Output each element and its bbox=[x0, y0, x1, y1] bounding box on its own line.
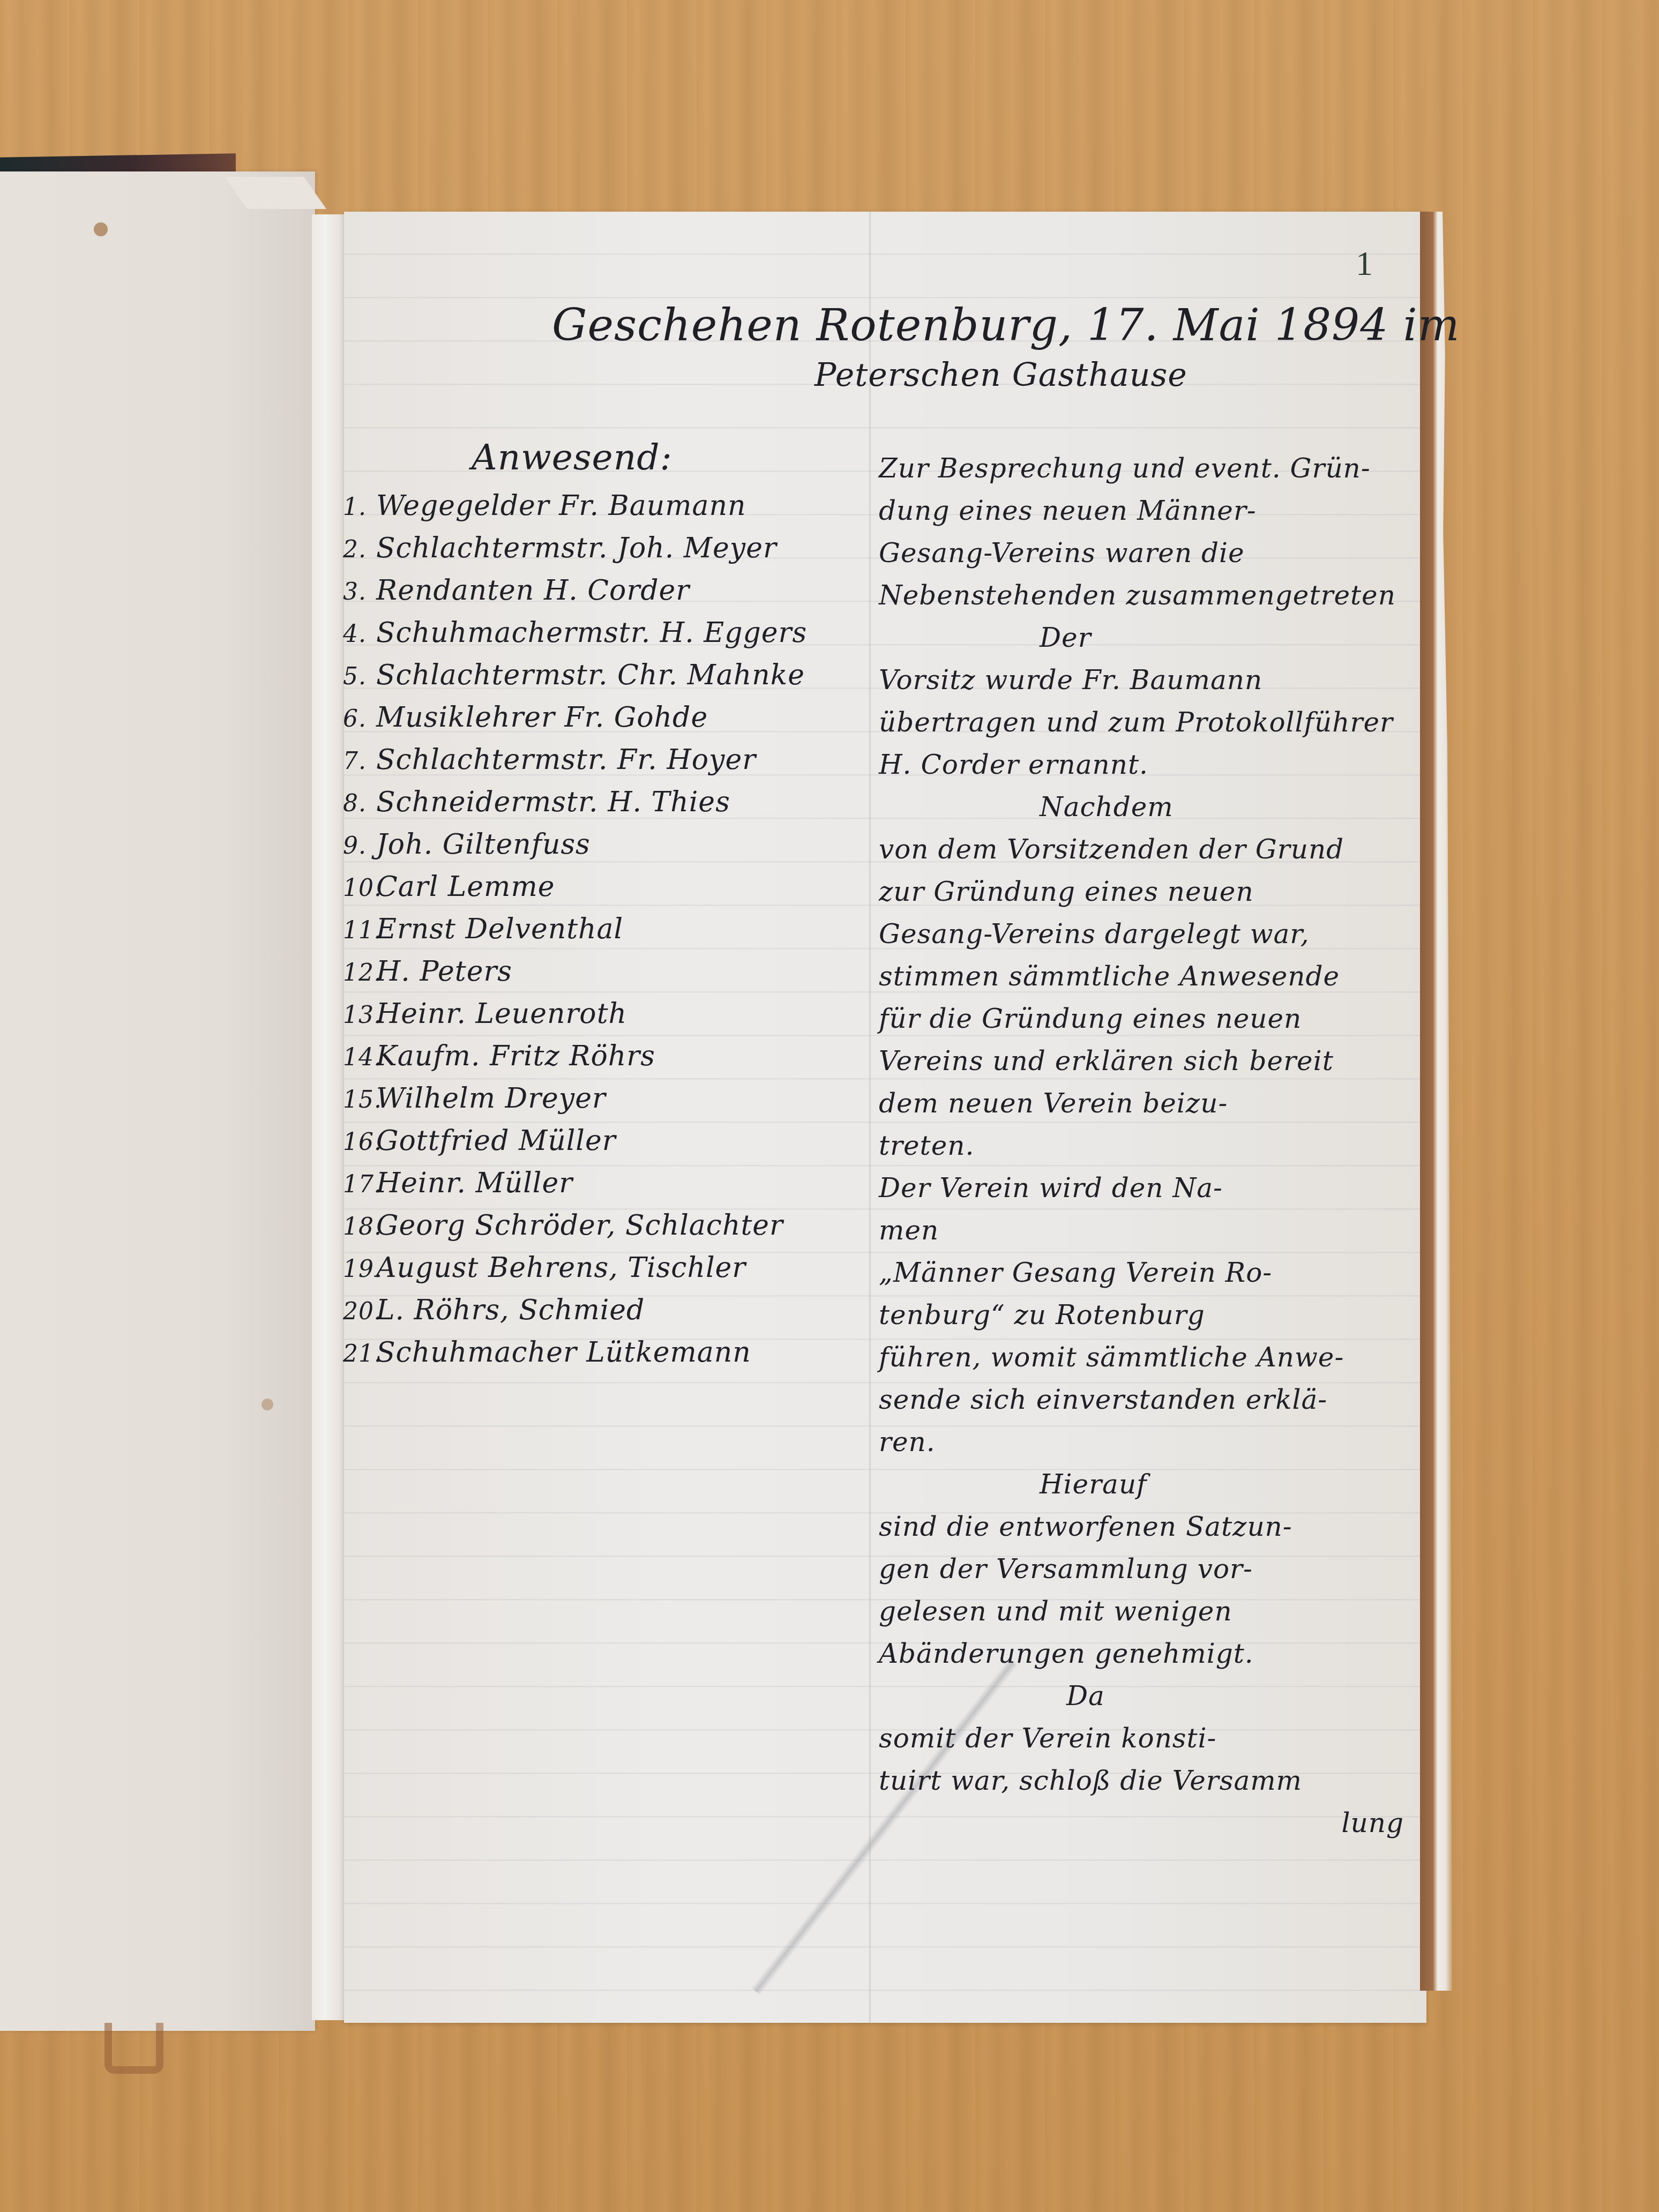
attendee-row: 20.L. Röhrs, Schmied bbox=[343, 1289, 857, 1332]
minutes-line: gelesen und mit wenigen bbox=[879, 1590, 1425, 1633]
attendee-number: 6. bbox=[343, 698, 376, 740]
attendee-name: Schlachtermstr. Chr. Mahnke bbox=[376, 659, 805, 691]
foxing-spot bbox=[94, 222, 108, 236]
minutes-line: Gesang-Vereins waren die bbox=[879, 532, 1425, 574]
attendee-row: 3.Rendanten H. Corder bbox=[343, 570, 857, 612]
attendee-row: 7.Schlachtermstr. Fr. Hoyer bbox=[343, 739, 857, 781]
attendee-name: Schuhmacher Lütkemann bbox=[376, 1336, 751, 1369]
attendee-row: 15.Wilhelm Dreyer bbox=[343, 1078, 857, 1120]
attendee-row: 18.Georg Schröder, Schlachter bbox=[343, 1205, 857, 1247]
minutes-line: für die Gründung eines neuen bbox=[879, 998, 1425, 1040]
attendee-number: 20. bbox=[343, 1290, 376, 1333]
attendee-name: Georg Schröder, Schlachter bbox=[376, 1209, 783, 1242]
minutes-line: gen der Versammlung vor- bbox=[879, 1548, 1425, 1590]
attendee-name: Wegegelder Fr. Baumann bbox=[376, 490, 746, 522]
attendee-number: 8. bbox=[343, 782, 376, 825]
attendee-name: Wilhelm Dreyer bbox=[376, 1082, 606, 1115]
minutes-line: von dem Vorsitzenden der Grund bbox=[879, 828, 1425, 871]
minutes-line: dem neuen Verein beizu- bbox=[879, 1082, 1425, 1125]
attendee-number: 5. bbox=[343, 655, 376, 698]
attendee-number: 11. bbox=[343, 909, 376, 952]
attendee-name: L. Röhrs, Schmied bbox=[376, 1294, 645, 1326]
attendee-row: 19.August Behrens, Tischler bbox=[343, 1247, 857, 1289]
attendee-number: 12. bbox=[343, 952, 376, 994]
page-fold bbox=[869, 212, 871, 2023]
attendee-number: 4. bbox=[343, 613, 376, 655]
page-number: 1 bbox=[1356, 244, 1373, 283]
document-title: Geschehen Rotenburg, 17. Mai 1894 im bbox=[552, 300, 1460, 351]
attendee-row: 10.Carl Lemme bbox=[343, 866, 857, 908]
document-title-location: Peterschen Gasthause bbox=[814, 356, 1187, 394]
attendee-name: Schuhmachermstr. H. Eggers bbox=[376, 617, 807, 649]
minutes-line: übertragen und zum Protokollführer bbox=[879, 701, 1425, 744]
minutes-line: Vereins und erklären sich bereit bbox=[879, 1040, 1425, 1082]
minutes-line: Nachdem bbox=[879, 786, 1425, 828]
minutes-line: Gesang-Vereins dargelegt war, bbox=[879, 913, 1425, 955]
attendee-name: Musiklehrer Fr. Gohde bbox=[376, 701, 708, 734]
attendee-row: 2.Schlachtermstr. Joh. Meyer bbox=[343, 527, 857, 570]
attendee-number: 3. bbox=[343, 571, 376, 613]
attendee-number: 7. bbox=[343, 740, 376, 782]
attendee-row: 11.Ernst Delventhal bbox=[343, 908, 857, 951]
minutes-line: Der Verein wird den Na- bbox=[879, 1167, 1425, 1209]
minutes-line: H. Corder ernannt. bbox=[879, 744, 1425, 786]
minutes-line: „Männer Gesang Verein Ro- bbox=[879, 1252, 1425, 1294]
minutes-line: somit der Verein konsti- bbox=[879, 1717, 1425, 1760]
attendee-name: Heinr. Leuenroth bbox=[376, 998, 627, 1030]
attendee-row: 12.H. Peters bbox=[343, 951, 857, 993]
attendee-name: Joh. Giltenfuss bbox=[376, 828, 591, 861]
attendee-number: 10. bbox=[343, 867, 376, 909]
minutes-line: sende sich einverstanden erklä- bbox=[879, 1379, 1425, 1421]
minutes-line: lung bbox=[879, 1802, 1425, 1844]
attendee-row: 5.Schlachtermstr. Chr. Mahnke bbox=[343, 654, 857, 697]
attendee-number: 19. bbox=[343, 1248, 376, 1290]
minutes-line: dung eines neuen Männer- bbox=[879, 490, 1425, 532]
attendee-row: 9.Joh. Giltenfuss bbox=[343, 824, 857, 866]
page-corner bbox=[225, 177, 326, 209]
minutes-line: Vorsitz wurde Fr. Baumann bbox=[879, 659, 1425, 701]
minutes-line: Hierauf bbox=[879, 1463, 1425, 1506]
attendee-number: 9. bbox=[343, 825, 376, 867]
attendee-number: 17. bbox=[343, 1163, 376, 1206]
minutes-line: Abänderungen genehmigt. bbox=[879, 1633, 1425, 1675]
attendee-row: 1.Wegegelder Fr. Baumann bbox=[343, 485, 857, 527]
attendee-row: 21.Schuhmacher Lütkemann bbox=[343, 1332, 857, 1374]
attendee-name: Kaufm. Fritz Röhrs bbox=[376, 1040, 655, 1072]
attendee-number: 2. bbox=[343, 528, 376, 571]
minutes-line: ren. bbox=[879, 1421, 1425, 1463]
attendee-row: 14.Kaufm. Fritz Röhrs bbox=[343, 1035, 857, 1078]
minutes-line: treten. bbox=[879, 1125, 1425, 1167]
meeting-minutes: Zur Besprechung und event. Grün-dung ein… bbox=[879, 447, 1425, 1844]
attendee-name: H. Peters bbox=[376, 955, 512, 988]
attendee-name: Ernst Delventhal bbox=[376, 913, 623, 945]
attendee-row: 6.Musiklehrer Fr. Gohde bbox=[343, 697, 857, 739]
attendee-name: Schlachtermstr. Fr. Hoyer bbox=[376, 744, 756, 776]
minutes-line: führen, womit sämmtliche Anwe- bbox=[879, 1336, 1425, 1379]
minutes-line: Nebenstehenden zusammengetreten bbox=[879, 574, 1425, 617]
minutes-line: Zur Besprechung und event. Grün- bbox=[879, 447, 1425, 490]
left-blank-page bbox=[0, 171, 315, 2031]
minutes-line: tenburg“ zu Rotenburg bbox=[879, 1294, 1425, 1336]
attendee-row: 17.Heinr. Müller bbox=[343, 1162, 857, 1205]
book-gutter bbox=[312, 214, 344, 2020]
attendee-row: 13.Heinr. Leuenroth bbox=[343, 993, 857, 1035]
minutes-line: zur Gründung eines neuen bbox=[879, 871, 1425, 913]
minutes-line: tuirt war, schloß die Versamm bbox=[879, 1760, 1425, 1802]
minutes-line: sind die entworfenen Satzun- bbox=[879, 1506, 1425, 1548]
attendee-number: 21. bbox=[343, 1333, 376, 1375]
minutes-line: Da bbox=[879, 1675, 1425, 1717]
attendee-name: August Behrens, Tischler bbox=[376, 1252, 746, 1284]
attendee-row: 8.Schneidermstr. H. Thies bbox=[343, 781, 857, 824]
attendee-number: 14. bbox=[343, 1036, 376, 1079]
attendee-number: 15. bbox=[343, 1079, 376, 1121]
attendee-name: Rendanten H. Corder bbox=[376, 574, 690, 607]
minutes-line: men bbox=[879, 1209, 1425, 1252]
attendee-number: 18. bbox=[343, 1206, 376, 1248]
attendee-number: 1. bbox=[343, 486, 376, 528]
attendee-row: 16.Gottfried Müller bbox=[343, 1120, 857, 1162]
attendee-number: 16. bbox=[343, 1121, 376, 1163]
attendee-name: Schlachtermstr. Joh. Meyer bbox=[376, 532, 777, 564]
attendee-name: Carl Lemme bbox=[376, 871, 555, 903]
attendee-row: 4.Schuhmachermstr. H. Eggers bbox=[343, 612, 857, 654]
minutes-line: stimmen sämmtliche Anwesende bbox=[879, 955, 1425, 998]
attendee-number: 13. bbox=[343, 994, 376, 1036]
stain-mark bbox=[104, 2023, 163, 2074]
attendee-name: Schneidermstr. H. Thies bbox=[376, 786, 730, 818]
attendee-name: Heinr. Müller bbox=[376, 1167, 573, 1199]
attendees-heading: Anwesend: bbox=[472, 437, 672, 478]
attendee-list: 1.Wegegelder Fr. Baumann2.Schlachtermstr… bbox=[343, 485, 857, 1374]
minutes-line: Der bbox=[879, 617, 1425, 659]
foxing-spot bbox=[261, 1399, 273, 1410]
attendee-name: Gottfried Müller bbox=[376, 1125, 616, 1157]
